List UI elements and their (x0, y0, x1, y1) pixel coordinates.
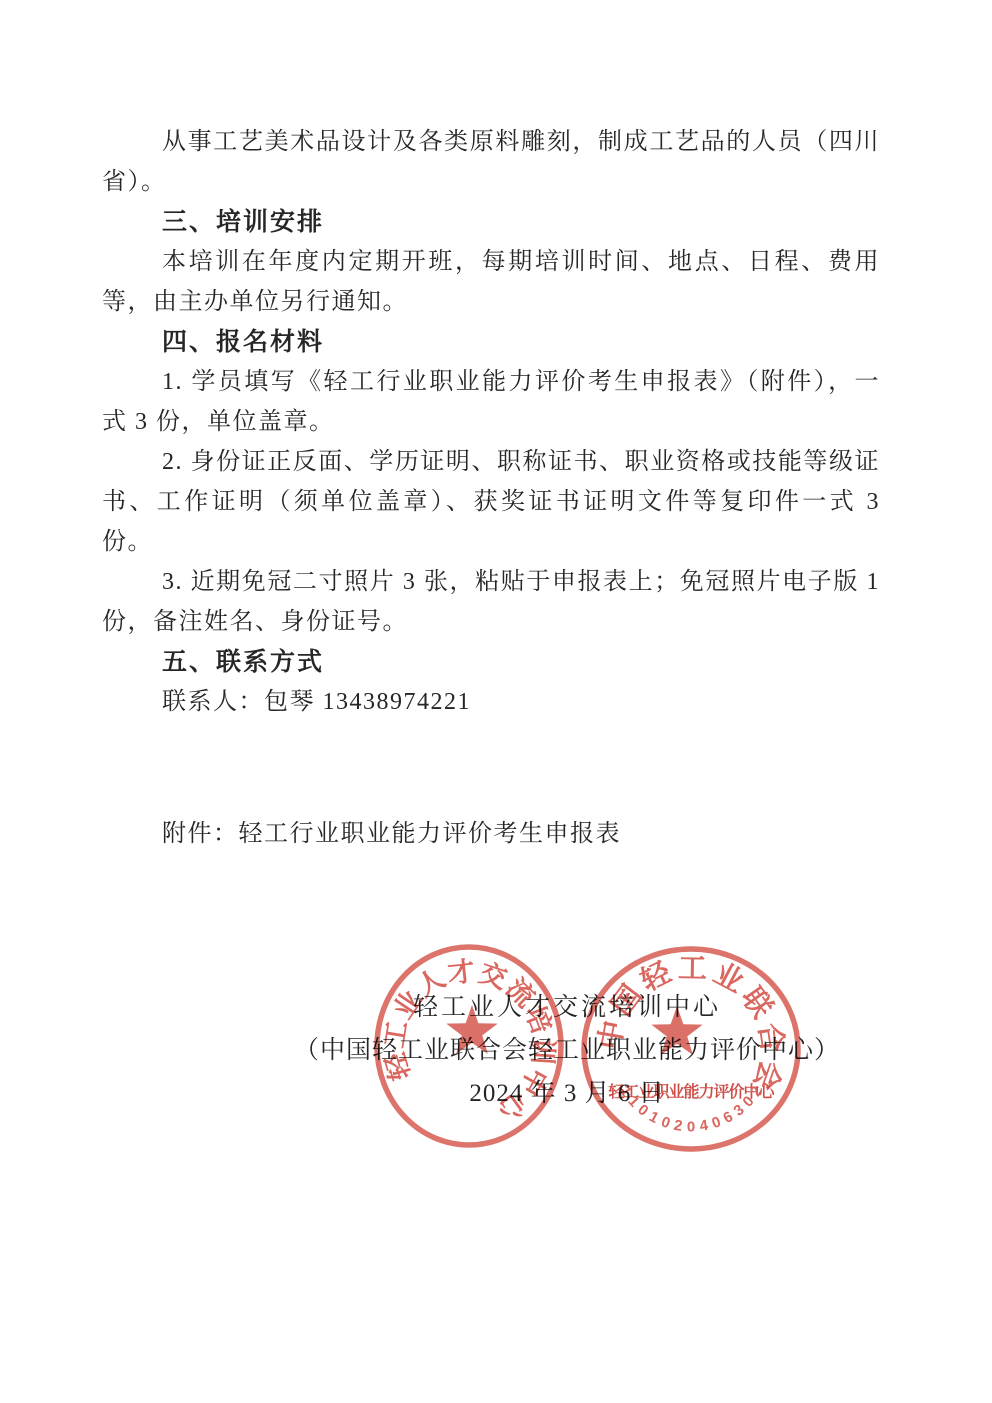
svg-text:0: 0 (659, 1113, 672, 1132)
contact-line: 联系人：包琴 13438974221 (102, 682, 880, 722)
list-item-application-form: 1. 学员填写《轻工行业职业能力评价考生申报表》（附件），一式 3 份，单位盖章… (102, 362, 880, 442)
svg-text:工: 工 (678, 953, 708, 986)
signature-org-name: 轻工业人才交流培训中心 (254, 986, 880, 1029)
list-item-photos: 3. 近期免冠二寸照片 3 张，粘贴于申报表上；免冠照片电子版 1 份，备注姓名… (102, 562, 880, 642)
svg-text:才: 才 (446, 956, 476, 989)
paragraph-intro-continued: 从事工艺美术品设计及各类原料雕刻，制成工艺品的人员（四川省）。 (102, 122, 880, 202)
list-item-certificates: 2. 身份证正反面、学历证明、职称证书、职业资格或技能等级证书、工作证明（须单位… (102, 442, 880, 562)
svg-text:2: 2 (673, 1117, 684, 1135)
document-body: 从事工艺美术品设计及各类原料雕刻，制成工艺品的人员（四川省）。 三、培训安排 本… (102, 122, 880, 722)
signature-org-subname: （中国轻工业联合会轻工业职业能力评价中心） (254, 1029, 880, 1072)
document-page: 从事工艺美术品设计及各类原料雕刻，制成工艺品的人员（四川省）。 三、培训安排 本… (0, 0, 992, 1403)
signature-block: 轻工业人才交流培训中心 （中国轻工业联合会轻工业职业能力评价中心） 2024 年… (254, 986, 880, 1115)
svg-text:4: 4 (698, 1117, 710, 1135)
svg-text:0: 0 (710, 1113, 723, 1132)
paragraph-training-arrangement: 本培训在年度内定期开班，每期培训时间、地点、日程、费用等，由主办单位另行通知。 (102, 242, 880, 322)
section-heading-contact: 五、联系方式 (102, 642, 880, 682)
section-heading-application-materials: 四、报名材料 (102, 322, 880, 362)
svg-text:0: 0 (687, 1119, 695, 1136)
signature-date: 2024 年 3 月 6 日 (254, 1072, 880, 1115)
section-heading-training-arrangement: 三、培训安排 (102, 202, 880, 242)
attachment-line: 附件：轻工行业职业能力评价考生申报表 (102, 814, 880, 854)
